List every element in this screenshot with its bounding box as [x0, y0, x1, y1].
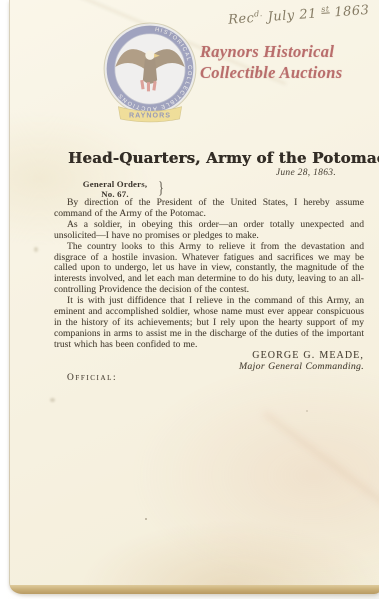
paragraph: By direction of the President of the Uni…	[54, 198, 364, 220]
paper-speck	[145, 518, 147, 520]
paragraph: As a soldier, in obeying this order—an o…	[54, 220, 364, 242]
paper-speck	[306, 410, 308, 412]
signature-name: GEORGE G. MEADE,	[54, 351, 364, 362]
signature-title: Major General Commanding.	[54, 362, 364, 373]
paper-bottom-edge	[10, 585, 379, 594]
watermark-line2: Collectible Auctions	[200, 62, 379, 83]
scanned-document-image: Recd. July 21 st 1863 HISTORICAL COLLECT…	[0, 0, 379, 599]
document-date: June 28, 1863.	[54, 168, 336, 178]
paragraph: It is with just diffidence that I reliev…	[54, 296, 364, 351]
auction-house-watermark: Raynors Historical Collectible Auctions	[200, 41, 379, 83]
official-label: Official:	[54, 373, 364, 384]
received-note-text: July 21	[263, 6, 322, 25]
document-heading: Head-Quarters, Army of the Potomac,	[54, 149, 364, 167]
handwritten-received-note: Recd. July 21 st 1863	[228, 1, 379, 28]
paper-speck	[50, 398, 55, 402]
paragraph: The country looks to this Army to reliev…	[54, 242, 364, 297]
raynors-seal-logo: HISTORICAL COLLECTIBLE AUCTIONS RAYNORS	[98, 22, 202, 124]
paper-stain	[263, 411, 379, 529]
paper-speck	[34, 247, 38, 252]
seal-banner-text: RAYNORS	[129, 111, 171, 119]
paper-sheet: Recd. July 21 st 1863 HISTORICAL COLLECT…	[9, 0, 379, 594]
received-note-text: Rec	[228, 11, 255, 28]
order-body-text: By direction of the President of the Uni…	[54, 198, 364, 383]
order-brace-glyph: }	[158, 178, 163, 198]
received-note-text: 1863	[329, 3, 370, 21]
watermark-line1: Raynors Historical	[200, 41, 379, 62]
